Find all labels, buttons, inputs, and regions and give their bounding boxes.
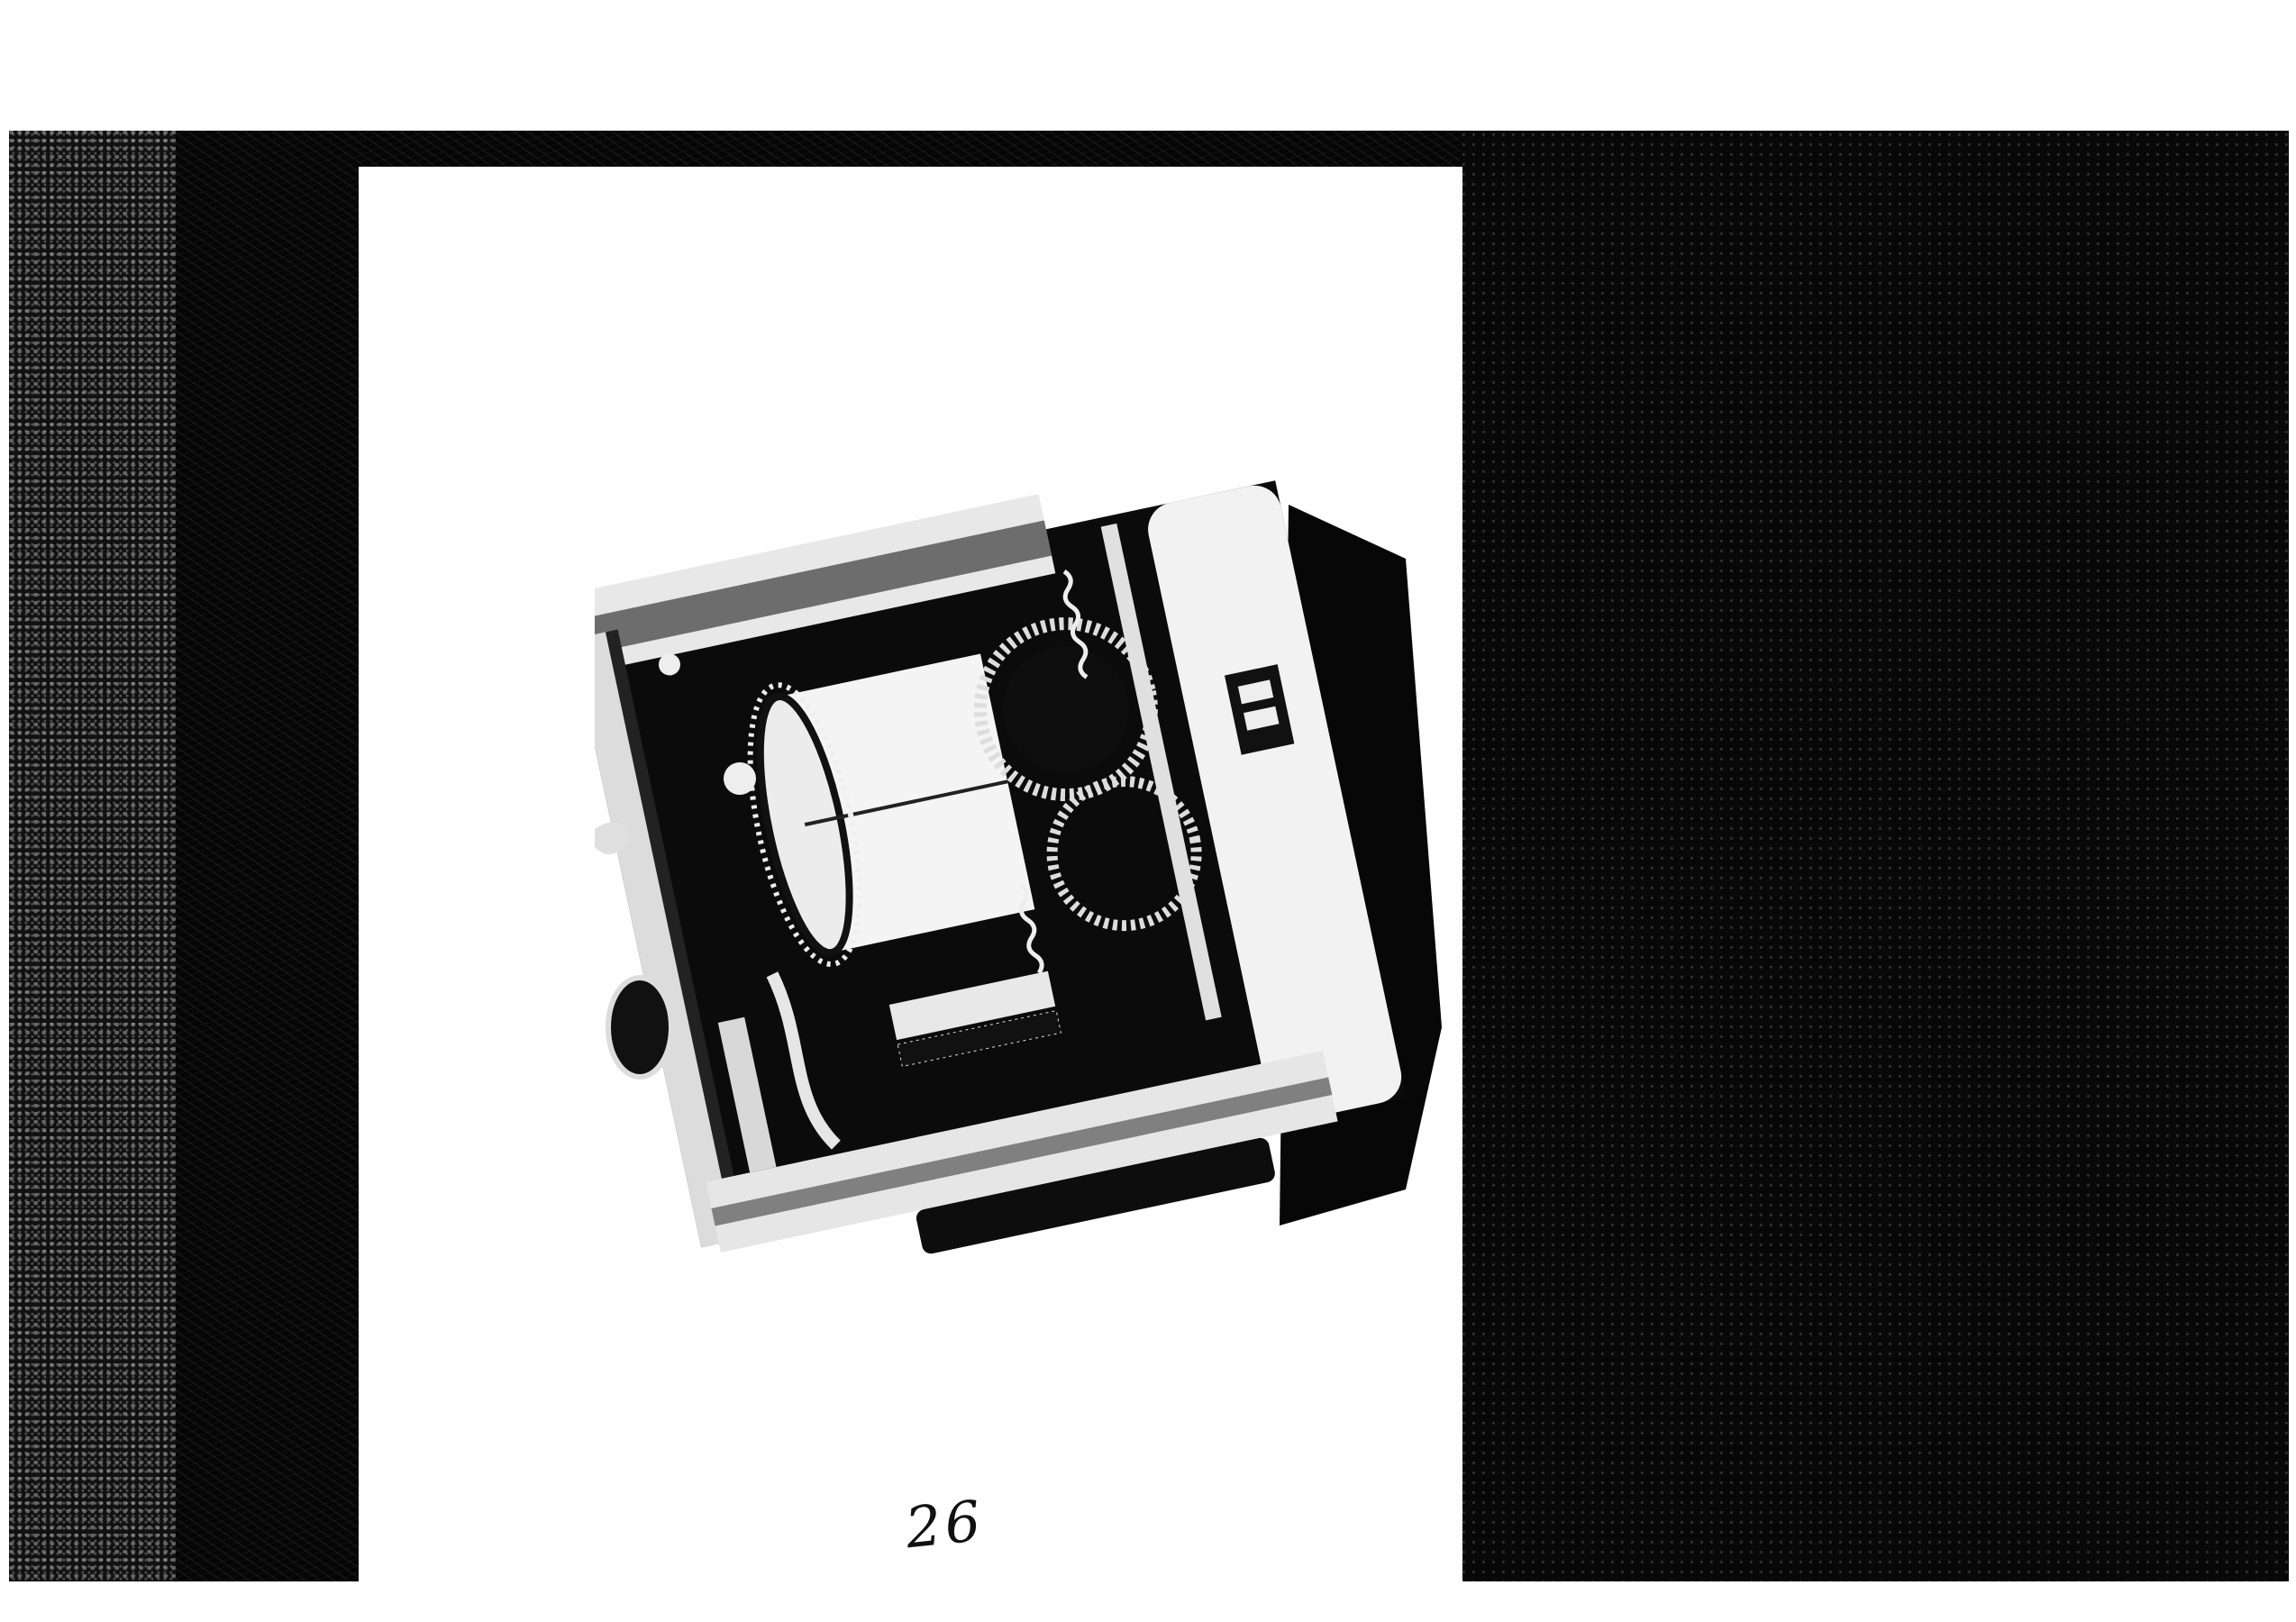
right-textured-panel (1460, 131, 2289, 1581)
left-textured-strip (9, 131, 176, 1581)
mechanism-photograph (595, 451, 1460, 1298)
handwritten-page-number: 26 (902, 1488, 987, 1562)
